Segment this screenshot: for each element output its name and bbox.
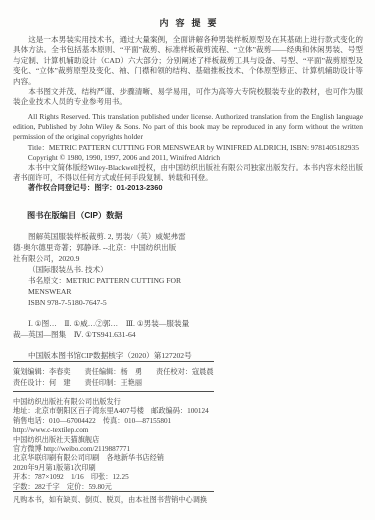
- credit-responsible-editor: 责任编辑：杨 勇: [85, 367, 143, 376]
- cip-classification-line: Ⅰ. ①图… Ⅱ. ①威…②郭… Ⅲ. ①男装—服装量: [13, 318, 218, 329]
- credit-planning-editor: 策划编辑：李春奕: [13, 367, 71, 376]
- content-summary-title: 内容提要: [13, 16, 363, 29]
- cip-series-line: （国际服装丛书. 技术）: [13, 264, 218, 275]
- publisher-address-line: 地址：北京市朝阳区百子湾东里A407号楼 邮政编码：100124: [13, 407, 263, 416]
- sales-phone-line: 销售电话：010—67004422 传真：010—87155801: [13, 417, 263, 426]
- content-summary-section: 内容提要 这是一本男装实用技术书，通过大量案例，全面讲解各种男装样板原型及在其基…: [13, 16, 363, 108]
- tmall-store-line: 中国纺织出版社天猫旗舰店: [13, 436, 263, 445]
- cip-header: 图书在版编目（CIP）数据: [13, 210, 218, 221]
- printer-distributor-line: 北京华联印刷有限公司印刷 各地新华书店经销: [13, 454, 263, 463]
- original-title-line: Title：METRIC PATTERN CUTTING FOR MENSWEA…: [13, 143, 363, 153]
- credit-print-supervisor: 责任印制：王艳丽: [85, 378, 143, 387]
- content-summary-paragraph-1: 这是一本男装实用技术书，通过大量案例，全面讲解各种男装样板原型及在其基础上进行款…: [13, 35, 363, 87]
- divider-rule: [13, 361, 214, 362]
- content-summary-paragraph-2: 本书图文并茂、结构严谨、步骤清晰、易学易用，可作为高等大专院校服装专业的教材，也…: [13, 87, 363, 108]
- credits-row: 策划编辑：李春奕 责任编辑：杨 勇 责任校对：寇晨晨: [13, 366, 243, 377]
- rights-section: All Rights Reserved. This translation pu…: [13, 112, 363, 194]
- format-sheets-line: 开本：787×1092 1/16 印张：12.25: [13, 473, 263, 482]
- cip-record-line: 社有限公司，2020.9: [13, 253, 218, 264]
- cip-section: 图书在版编目（CIP）数据 图解英国服装样板裁剪. 2, 男装/（英）威妮弗雷 …: [13, 210, 218, 361]
- rights-chinese-paragraph: 本书中文简体版经Wiley-Blackwell授权，由中国纺织出版社有限公司独家…: [13, 163, 363, 183]
- wordcount-price-line: 字数：282千字 定价：59.80元: [13, 483, 263, 492]
- cip-record-line: 德·奥尔德里奇著；郭静译. --北京：中国纺织出版: [13, 242, 218, 253]
- cip-isbn-line: ISBN 978-7-5180-7647-5: [13, 297, 218, 308]
- credits-row: 责任设计：何 建 责任印制：王艳丽: [13, 377, 243, 388]
- publisher-website-link: http://www.c-textilep.com: [13, 426, 263, 435]
- cip-classification-line: 裁—英国—图集 Ⅳ. ①TS941.631-64: [13, 329, 218, 340]
- spacer: [13, 340, 218, 350]
- divider-rule: [13, 391, 214, 392]
- cip-record-line: 图解英国服装样板裁剪. 2, 男装/（英）威妮弗雷: [13, 231, 218, 242]
- defective-copy-notice: 凡购本书，如有缺页、倒页、脱页，由本社图书营销中心调换: [13, 496, 273, 505]
- copyright-registration-line: 著作权合同登记号：图字：01-2013-2360: [13, 183, 363, 193]
- footer-section: 凡购本书，如有缺页、倒页、脱页，由本社图书营销中心调换: [13, 496, 273, 505]
- edition-impression-line: 2020年9月第1版第1次印刷: [13, 464, 263, 473]
- cip-registry-line: 中国版本图书馆CIP数据核字（2020）第127202号: [13, 350, 218, 361]
- publisher-line: 中国纺织出版社有限公司出版发行: [13, 398, 263, 407]
- cip-original-title-line: 书名原文：METRIC PATTERN CUTTING FOR MENSWEAR: [13, 275, 218, 297]
- spacer: [13, 308, 218, 318]
- credits-section: 策划编辑：李春奕 责任编辑：杨 勇 责任校对：寇晨晨 责任设计：何 建 责任印制…: [13, 366, 243, 388]
- credit-proofreader: 责任校对：寇晨晨: [156, 367, 214, 376]
- rights-english-paragraph: All Rights Reserved. This translation pu…: [13, 112, 363, 143]
- credit-designer: 责任设计：何 建: [13, 378, 71, 387]
- copyright-line: Copyright © 1980, 1990, 1997, 2006 and 2…: [13, 153, 363, 163]
- copyright-page: 内容提要 这是一本男装实用技术书，通过大量案例，全面讲解各种男装样板原型及在其基…: [0, 0, 375, 520]
- colophon-section: 中国纺织出版社有限公司出版发行 地址：北京市朝阳区百子湾东里A407号楼 邮政编…: [13, 398, 263, 492]
